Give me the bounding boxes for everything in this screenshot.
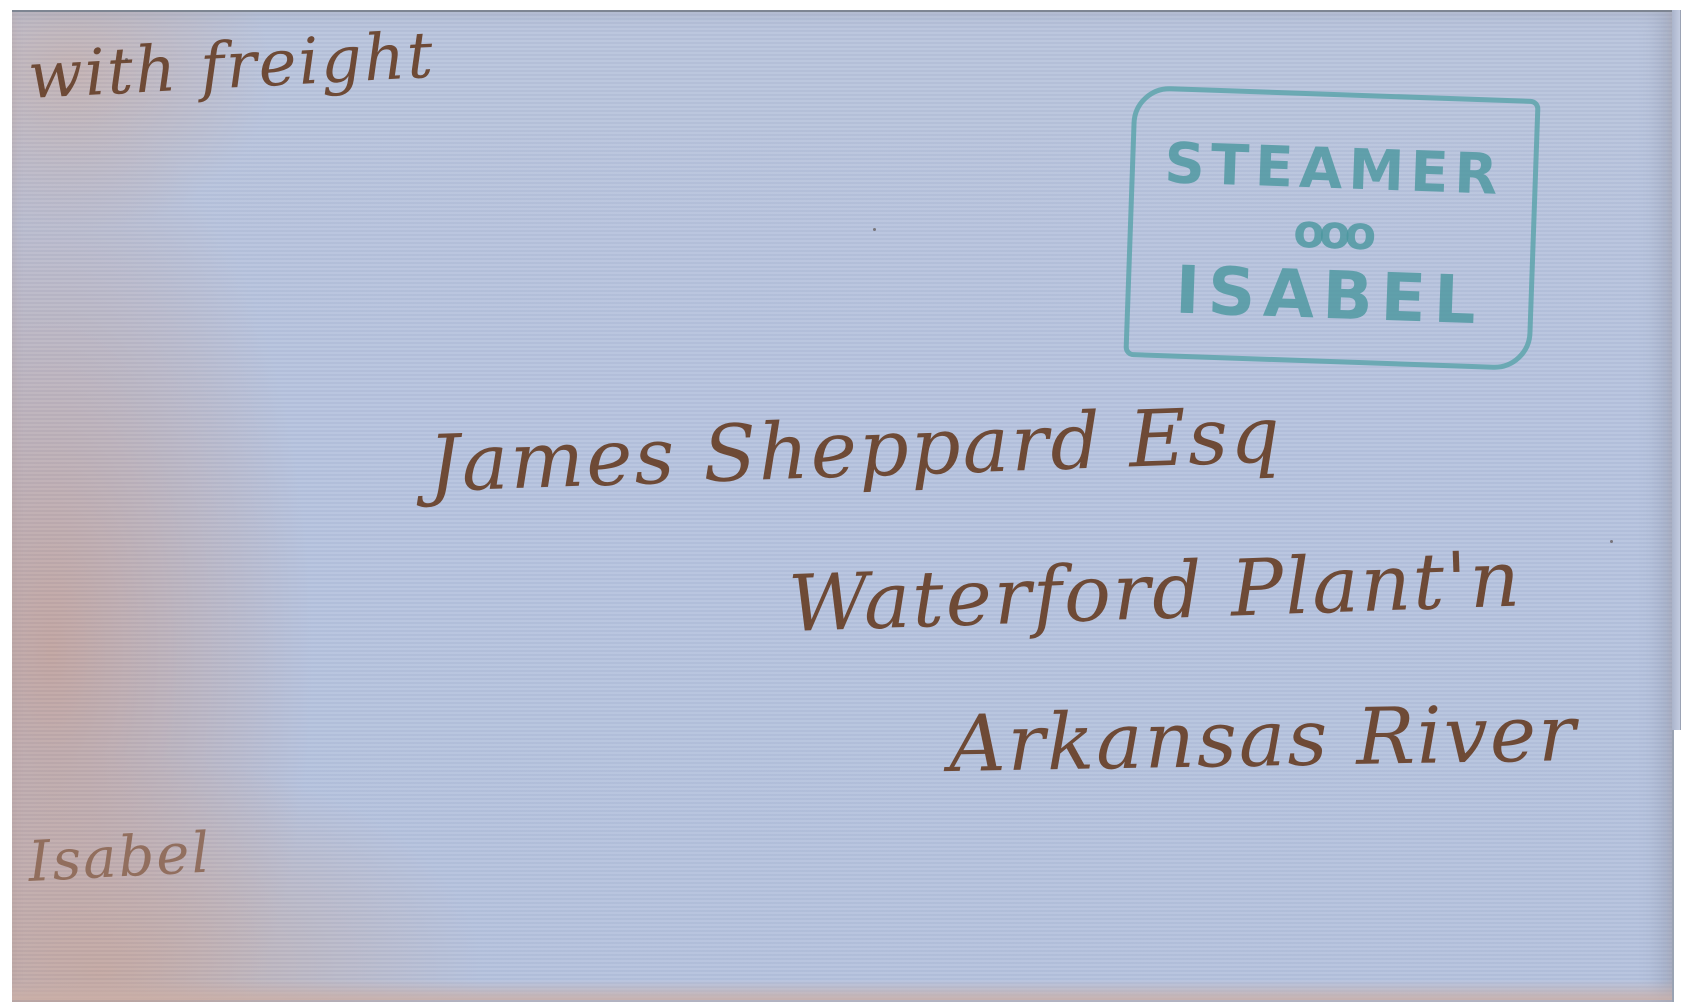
address-line-3: Arkansas River	[948, 689, 1578, 790]
isabel-notation: Isabel	[27, 821, 213, 895]
ink-speck	[125, 58, 128, 61]
paper-stain	[12, 980, 1672, 1000]
ink-speck	[873, 228, 876, 231]
steamer-isabel-handstamp: STEAMER ooo ISABEL	[1123, 85, 1540, 371]
handstamp-line-top: STEAMER	[1134, 130, 1534, 209]
ink-speck	[1610, 540, 1613, 543]
handstamp-line-bottom: ISABEL	[1129, 250, 1529, 341]
cover-flap-edge	[1672, 10, 1681, 730]
